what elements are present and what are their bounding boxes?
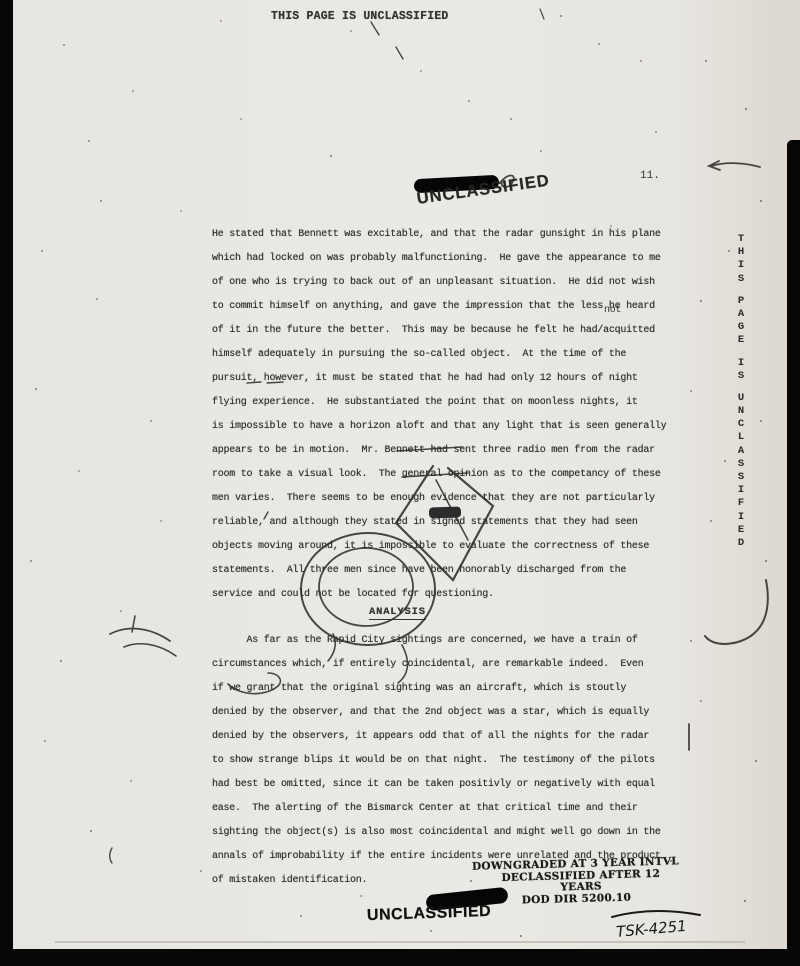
page-header-classification: THIS PAGE IS UNCLASSIFIED [271, 10, 449, 23]
scan-smear-line [55, 941, 745, 943]
vertical-text-letter: P [738, 295, 744, 308]
paragraph-interview: He stated that Bennett was excitable, an… [212, 223, 666, 607]
text-line: to show strange blips it would be on tha… [212, 749, 661, 773]
vertical-text-letter: I [738, 484, 744, 497]
text-line: is impossible to have a horizon aloft an… [212, 415, 666, 439]
vertical-text-letter: D [738, 537, 744, 550]
vertical-text-letter: L [738, 431, 744, 444]
handwritten-note: TSK-4251 [612, 911, 700, 941]
vertical-text-letter: S [738, 273, 744, 286]
vertical-text-letter: S [738, 471, 744, 484]
text-line: if we grant that the original sighting w… [212, 677, 661, 701]
vertical-text-letter: F [738, 497, 744, 510]
text-line: He stated that Bennett was excitable, an… [212, 223, 666, 247]
text-line: to commit himself on anything, and gave … [212, 295, 666, 319]
text-line: statements. All three men since have bee… [212, 559, 666, 583]
text-line: service and could not be located for que… [212, 583, 666, 607]
text-line: had best be omitted, since it can be tak… [212, 773, 661, 797]
text-line: circumstances which, if entirely coincid… [212, 653, 661, 677]
scan-edge-left [0, 0, 13, 966]
text-line: which had locked on was probably malfunc… [212, 247, 666, 271]
vertical-text-letter: A [738, 308, 744, 321]
text-line: ease. The alerting of the Bismarck Cente… [212, 797, 661, 821]
text-line: appears to be in motion. Mr. Bennett had… [212, 439, 666, 463]
text-line: reliable, and although they stated in si… [212, 511, 666, 535]
text-line: men varies. There seems to be enough evi… [212, 487, 666, 511]
text-line: room to take a visual look. The general … [212, 463, 666, 487]
vertical-text-letter: I [738, 511, 744, 524]
vertical-text-letter: G [738, 321, 744, 334]
scan-edge-bottom [0, 949, 800, 966]
text-line: of it in the future the better. This may… [212, 319, 666, 343]
vertical-text-letter: A [738, 445, 744, 458]
handwritten-note-text: TSK-4251 [615, 917, 687, 941]
paragraph-analysis: As far as the Rapid City sightings are c… [212, 629, 661, 893]
vertical-text-letter: U [738, 392, 744, 405]
vertical-text-letter: N [738, 405, 744, 418]
text-line: denied by the observer, and that the 2nd… [212, 701, 661, 725]
text-line: flying experience. He substantiated the … [212, 391, 666, 415]
vertical-text-letter: C [738, 418, 744, 431]
text-line: of one who is trying to back out of an u… [212, 271, 666, 295]
text-line: objects moving around, it is impossible … [212, 535, 666, 559]
vertical-text-letter: E [738, 524, 744, 537]
vertical-text-letter: T [738, 233, 744, 246]
vertical-text-letter: E [738, 334, 744, 347]
scanned-document-page: THIS PAGE IS UNCLASSIFIED 11. UNCLASSIFI… [0, 0, 800, 966]
analysis-heading: ANALYSIS [369, 606, 426, 620]
text-line: As far as the Rapid City sightings are c… [212, 629, 661, 653]
vertical-text-letter: I [738, 259, 744, 272]
scan-edge-right [787, 140, 800, 966]
vertical-text-letter: I [738, 357, 744, 370]
vertical-text-letter: S [738, 370, 744, 383]
typed-insertion-word: not [604, 305, 621, 316]
text-line: sighting the object(s) is also most coin… [212, 821, 661, 845]
text-line: denied by the observers, it appears odd … [212, 725, 661, 749]
vertical-text-letter: S [738, 458, 744, 471]
text-line: pursuit, however, it must be stated that… [212, 367, 666, 391]
vertical-text-letter: H [738, 246, 744, 259]
page-number: 11. [640, 170, 660, 182]
text-line: himself adequately in pursuing the so-ca… [212, 343, 666, 367]
side-vertical-classification-text: THISPAGEISUNCLASSIFIED [733, 233, 749, 550]
unclassified-stamp-bottom: UNCLASSIFIED [367, 903, 492, 925]
